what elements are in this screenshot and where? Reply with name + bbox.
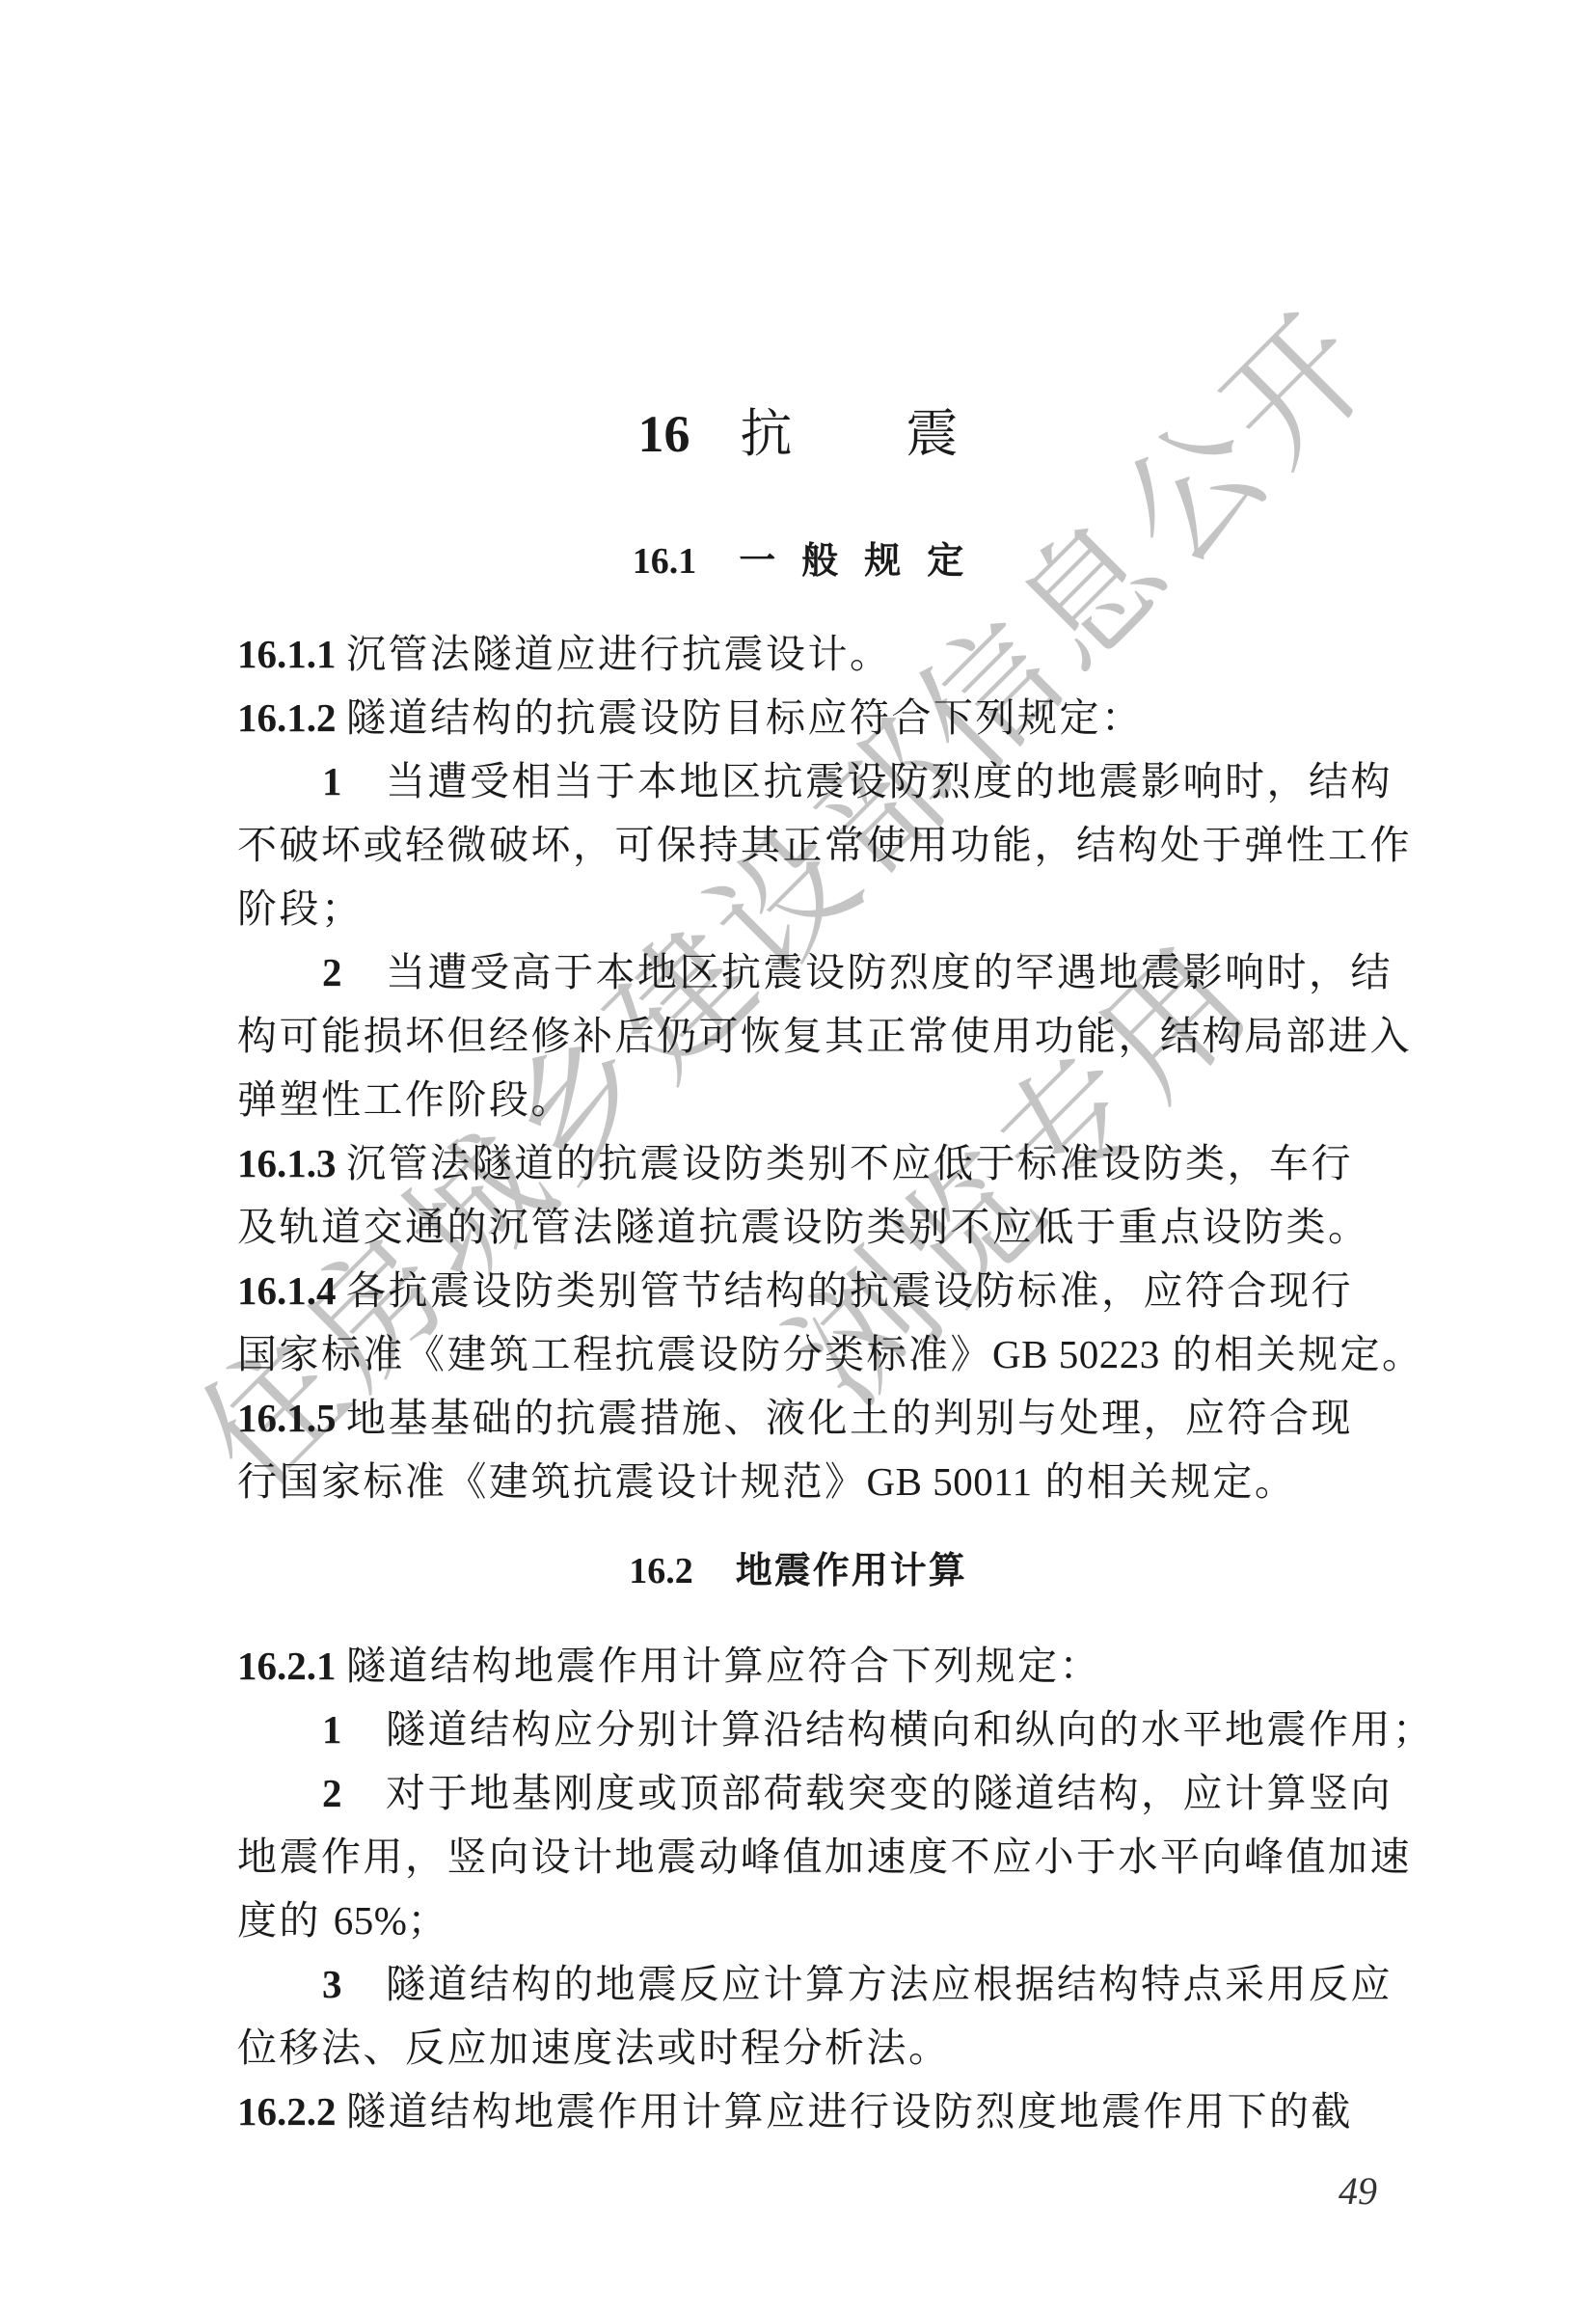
item-text-tail: ； bbox=[407, 1898, 449, 1943]
chapter-number: 16 bbox=[638, 403, 690, 465]
item-2-line-2: 构可能损坏但经修补后仍可恢复其正常使用功能，结构局部进入 bbox=[237, 1004, 1416, 1068]
item-1-line-2: 不破坏或轻微破坏，可保持其正常使用功能，结构处于弹性工作 bbox=[237, 813, 1416, 877]
item-3-line-2: 位移法、反应加速度法或时程分析法。 bbox=[237, 2016, 1416, 2080]
clause-text: 隧道结构的抗震设防目标应符合下列规定： bbox=[346, 695, 1144, 740]
clause-text: 沉管法隧道的抗震设防类别不应低于标准设防类，车行 bbox=[346, 1141, 1353, 1185]
clause-text: 沉管法隧道应进行抗震设计。 bbox=[346, 632, 892, 676]
item-number: 2 bbox=[322, 1761, 386, 1825]
clause-number: 16.1.1 bbox=[237, 622, 346, 686]
clause-text: 地基基础的抗震措施、液化土的判别与处理，应符合现 bbox=[346, 1396, 1353, 1440]
item-text: 当遭受高于本地区抗震设防烈度的罕遇地震影响时，结 bbox=[386, 950, 1393, 994]
item-1-line-1: 1隧道结构应分别计算沿结构横向和纵向的水平地震作用； bbox=[237, 1698, 1416, 1761]
item-number: 1 bbox=[322, 749, 386, 813]
document-page: 住房城乡建设部信息公开 浏览专用 16抗震 16.1一般规定 16.1.1沉管法… bbox=[0, 0, 1596, 2311]
item-2-line-1: 2当遭受高于本地区抗震设防烈度的罕遇地震影响时，结 bbox=[237, 940, 1416, 1004]
clause-16-2-2: 16.2.2隧道结构地震作用计算应进行设防烈度地震作用下的截 bbox=[237, 2080, 1416, 2143]
standard-title: 国家标准《建筑工程抗震设防分类标准》 bbox=[237, 1332, 992, 1376]
standard-code: GB 50011 bbox=[867, 1459, 1033, 1504]
item-text: 隧道结构的地震反应计算方法应根据结构特点采用反应 bbox=[386, 1962, 1393, 2006]
item-2-line-2: 地震作用，竖向设计地震动峰值加速度不应小于水平向峰值加速 bbox=[237, 1825, 1416, 1889]
item-1-line-3: 阶段； bbox=[237, 877, 1416, 940]
clause-number: 16.2.1 bbox=[237, 1634, 346, 1698]
item-text: 当遭受相当于本地区抗震设防烈度的地震影响时，结构 bbox=[386, 759, 1393, 803]
page-number: 49 bbox=[1339, 2168, 1377, 2214]
clause-16-1-4-line-2: 国家标准《建筑工程抗震设防分类标准》GB 50223 的相关规定。 bbox=[237, 1322, 1416, 1386]
item-1-line-1: 1当遭受相当于本地区抗震设防烈度的地震影响时，结构 bbox=[237, 749, 1416, 813]
item-number: 2 bbox=[322, 940, 386, 1004]
clause-number: 16.1.5 bbox=[237, 1386, 346, 1450]
clause-16-2-1: 16.2.1隧道结构地震作用计算应符合下列规定： bbox=[237, 1634, 1416, 1698]
clause-16-1-2: 16.1.2隧道结构的抗震设防目标应符合下列规定： bbox=[237, 686, 1416, 749]
clause-16-1-5-line-2: 行国家标准《建筑抗震设计规范》GB 50011 的相关规定。 bbox=[237, 1450, 1416, 1513]
item-number: 1 bbox=[322, 1698, 386, 1761]
item-text: 对于地基刚度或顶部荷载突变的隧道结构，应计算竖向 bbox=[386, 1771, 1393, 1815]
item-text: 隧道结构应分别计算沿结构横向和纵向的水平地震作用； bbox=[386, 1707, 1435, 1752]
clause-number: 16.1.2 bbox=[237, 686, 346, 749]
section-16-1-body: 16.1.1沉管法隧道应进行抗震设计。 16.1.2隧道结构的抗震设防目标应符合… bbox=[237, 622, 1416, 1513]
clause-16-1-5: 16.1.5地基基础的抗震措施、液化土的判别与处理，应符合现 bbox=[237, 1386, 1416, 1450]
section-heading-16-1: 16.1一般规定 bbox=[0, 538, 1596, 585]
item-text: 度的 bbox=[237, 1898, 334, 1943]
page-content: 16抗震 16.1一般规定 16.1.1沉管法隧道应进行抗震设计。 16.1.2… bbox=[0, 0, 1596, 2311]
item-2-line-3: 度的 65%； bbox=[237, 1889, 1416, 1952]
clause-text: 隧道结构地震作用计算应进行设防烈度地震作用下的截 bbox=[346, 2089, 1353, 2134]
clause-text: 各抗震设防类别管节结构的抗震设防标准，应符合现行 bbox=[346, 1268, 1353, 1313]
section-number: 16.1 bbox=[633, 538, 697, 585]
clause-number: 16.1.3 bbox=[237, 1131, 346, 1195]
section-name: 一般规定 bbox=[739, 538, 989, 585]
item-2-line-3: 弹塑性工作阶段。 bbox=[237, 1068, 1416, 1131]
percentage-value: 65% bbox=[334, 1898, 408, 1943]
clause-text-tail: 的相关规定。 bbox=[1160, 1332, 1424, 1376]
section-number: 16.2 bbox=[629, 1548, 693, 1594]
section-16-2-body: 16.2.1隧道结构地震作用计算应符合下列规定： 1隧道结构应分别计算沿结构横向… bbox=[237, 1634, 1416, 2143]
chapter-title: 16抗震 bbox=[0, 403, 1596, 465]
clause-number: 16.2.2 bbox=[237, 2080, 346, 2143]
clause-16-1-3-line-2: 及轨道交通的沉管法隧道抗震设防类别不应低于重点设防类。 bbox=[237, 1195, 1416, 1259]
clause-text: 隧道结构地震作用计算应符合下列规定： bbox=[346, 1644, 1101, 1688]
item-3-line-1: 3隧道结构的地震反应计算方法应根据结构特点采用反应 bbox=[237, 1952, 1416, 2016]
clause-number: 16.1.4 bbox=[237, 1259, 346, 1322]
clause-16-1-4: 16.1.4各抗震设防类别管节结构的抗震设防标准，应符合现行 bbox=[237, 1259, 1416, 1322]
standard-title: 行国家标准《建筑抗震设计规范》 bbox=[237, 1459, 867, 1504]
standard-code: GB 50223 bbox=[992, 1332, 1160, 1376]
chapter-name: 抗震 bbox=[741, 403, 1072, 465]
item-2-line-1: 2对于地基刚度或顶部荷载突变的隧道结构，应计算竖向 bbox=[237, 1761, 1416, 1825]
clause-16-1-3: 16.1.3沉管法隧道的抗震设防类别不应低于标准设防类，车行 bbox=[237, 1131, 1416, 1195]
clause-16-1-1: 16.1.1沉管法隧道应进行抗震设计。 bbox=[237, 622, 1416, 686]
section-name: 地震作用计算 bbox=[736, 1548, 967, 1594]
item-number: 3 bbox=[322, 1952, 386, 2016]
section-heading-16-2: 16.2地震作用计算 bbox=[0, 1548, 1596, 1594]
clause-text-tail: 的相关规定。 bbox=[1033, 1459, 1297, 1504]
